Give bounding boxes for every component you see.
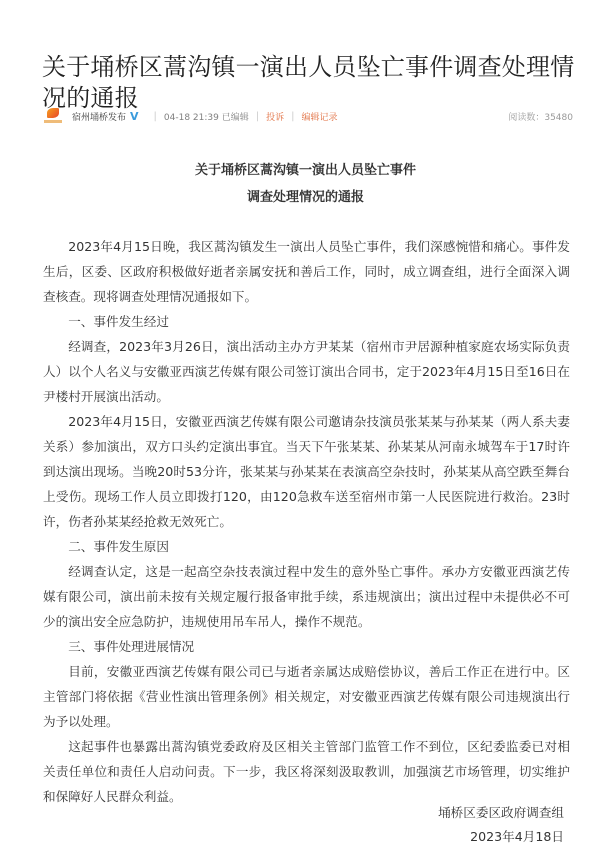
verified-badge-icon: V [130, 110, 139, 123]
document-body: 2023年4月15日晚，我区蒿沟镇发生一演出人员坠亡事件，我们深感惋惜和痛心。事… [43, 234, 570, 809]
document-heading-line1: 关于埇桥区蒿沟镇一演出人员坠亡事件 [0, 159, 611, 178]
section-heading-2: 二、事件发生原因 [43, 534, 570, 559]
logo-caption [44, 120, 62, 123]
body-paragraph: 目前，安徽亚西演艺传媒有限公司已与逝者亲属达成赔偿协议，善后工作正在进行中。区主… [43, 659, 570, 734]
article-title: 关于埇桥区蒿沟镇一演出人员坠亡事件调查处理情况的通报 [42, 52, 582, 114]
divider: | [291, 111, 294, 122]
divider: | [154, 111, 157, 122]
account-logo-icon[interactable] [43, 107, 63, 125]
body-paragraph: 经调查，2023年3月26日，演出活动主办方尹某某（宿州市尹居源种植家庭农场实际… [43, 334, 570, 409]
signature-date: 2023年4月18日 [470, 826, 564, 845]
report-link[interactable]: 投诉 [266, 110, 284, 123]
read-count: 阅读数：35480 [508, 110, 573, 123]
section-heading-1: 一、事件发生经过 [43, 309, 570, 334]
logo-swoosh [47, 108, 59, 118]
intro-paragraph: 2023年4月15日晚，我区蒿沟镇发生一演出人员坠亡事件，我们深感惋惜和痛心。事… [43, 234, 570, 309]
edit-history-link[interactable]: 编辑记录 [301, 110, 337, 123]
body-paragraph: 2023年4月15日，安徽亚西演艺传媒有限公司邀请杂技演员张某某与孙某某（两人系… [43, 409, 570, 534]
document-heading-line2: 调查处理情况的通报 [0, 186, 611, 205]
divider: | [256, 111, 259, 122]
article-meta-bar: 宿州埇桥发布 V | 04-18 21:39 已编辑 | 投诉 | 编辑记录 阅… [43, 106, 573, 126]
body-paragraph: 这起事件也暴露出蒿沟镇党委政府及区相关主管部门监管工作不到位，区纪委监委已对相关… [43, 734, 570, 809]
signature-organization: 埇桥区委区政府调查组 [438, 802, 564, 821]
body-paragraph: 经调查认定，这是一起高空杂技表演过程中发生的意外坠亡事件。承办方安徽亚西演艺传媒… [43, 559, 570, 634]
publish-timestamp: 04-18 21:39 已编辑 [164, 110, 249, 123]
account-name-link[interactable]: 宿州埇桥发布 [72, 110, 126, 123]
section-heading-3: 三、事件处理进展情况 [43, 634, 570, 659]
